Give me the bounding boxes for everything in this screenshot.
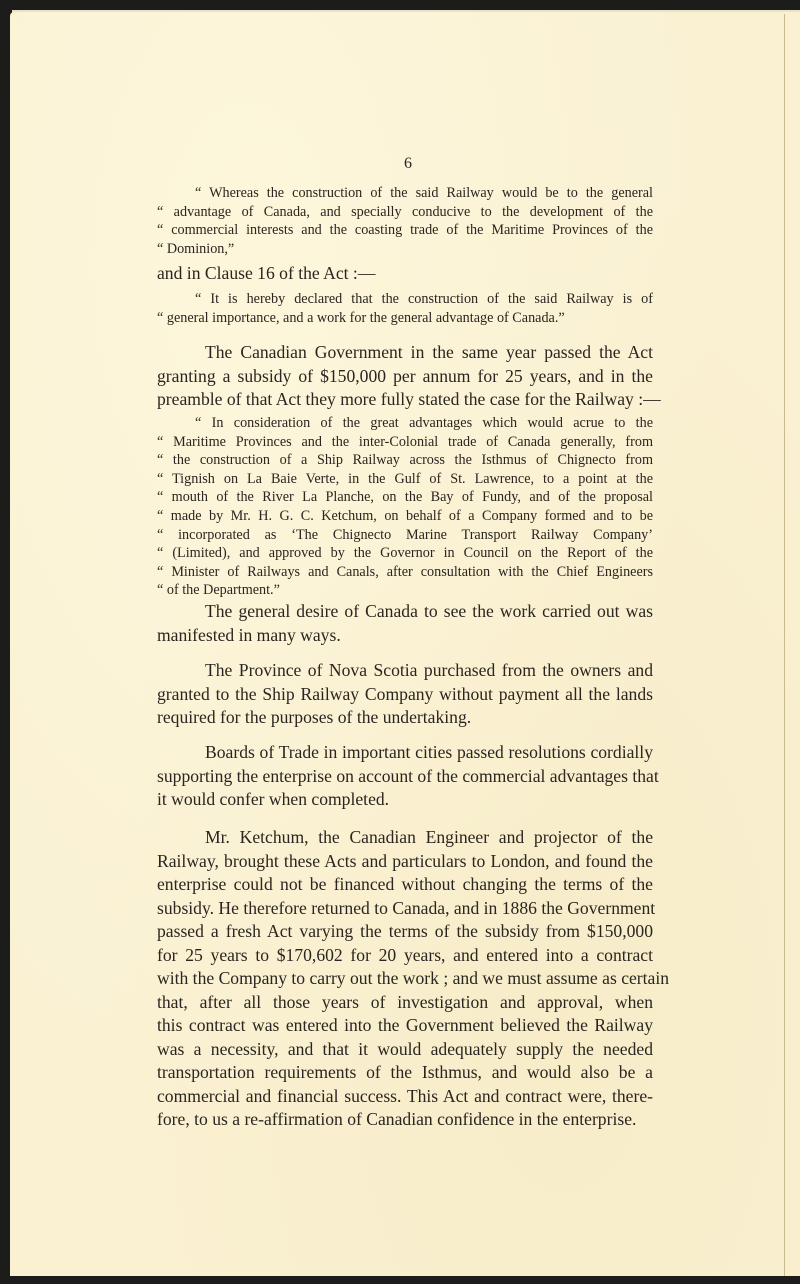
quote-line: “ (Limited), and approved by the Governo… xyxy=(157,544,653,563)
quote-line: “ advantage of Canada, and specially con… xyxy=(157,203,653,222)
paragraph-line: transportation requirements of the Isthm… xyxy=(157,1061,653,1085)
page-number: 6 xyxy=(398,155,418,173)
paragraph-line: commercial and financial success. This A… xyxy=(157,1085,653,1109)
paragraph-line: fore, to us a re-affirmation of Canadian… xyxy=(157,1108,653,1132)
quote-line: “ made by Mr. H. G. C. Ketchum, on behal… xyxy=(157,507,653,526)
paragraph-line: preamble of that Act they more fully sta… xyxy=(157,388,653,412)
page-fold-line xyxy=(784,14,785,1276)
quote-line: “ of the Department.” xyxy=(157,581,653,600)
quote-clause-16: “ It is hereby declared that the constru… xyxy=(157,290,653,327)
paragraph-line: it would confer when completed. xyxy=(157,788,653,812)
quote-line: “ incorporated as ‘The Chignecto Marine … xyxy=(157,526,653,545)
paragraph-line: manifested in many ways. xyxy=(157,624,653,648)
quote-line: “ the construction of a Ship Railway acr… xyxy=(157,451,653,470)
paragraph-line: and in Clause 16 of the Act :— xyxy=(157,262,653,286)
paragraph-line: this contract was entered into the Gover… xyxy=(157,1014,653,1038)
quote-line: “ In consideration of the great advantag… xyxy=(157,414,653,433)
paragraph-line: that, after all those years of investiga… xyxy=(157,991,653,1015)
quote-line: “ Whereas the construction of the said R… xyxy=(157,184,653,203)
quote-line: “ mouth of the River La Planche, on the … xyxy=(157,488,653,507)
paragraph-line: granted to the Ship Railway Company with… xyxy=(157,683,653,707)
quote-line: “ Maritime Provinces and the inter-Colon… xyxy=(157,433,653,452)
paragraph-line: Boards of Trade in important cities pass… xyxy=(157,741,653,765)
quote-line: “ Tignish on La Baie Verte, in the Gulf … xyxy=(157,470,653,489)
paragraph-line: was a necessity, and that it would adequ… xyxy=(157,1038,653,1062)
paragraph-ketchum: Mr. Ketchum, the Canadian Engineer and p… xyxy=(157,826,653,1132)
paragraph-line: passed a fresh Act varying the terms of … xyxy=(157,920,653,944)
paragraph-line: with the Company to carry out the work ;… xyxy=(157,967,653,991)
paragraph-line: required for the purposes of the underta… xyxy=(157,706,653,730)
clause-intro: and in Clause 16 of the Act :— xyxy=(157,262,653,286)
paragraph-boards-of-trade: Boards of Trade in important cities pass… xyxy=(157,741,653,812)
quote-line: “ commercial interests and the coasting … xyxy=(157,221,653,240)
quote-line: “ It is hereby declared that the constru… xyxy=(157,290,653,309)
paragraph-line: Railway, brought these Acts and particul… xyxy=(157,850,653,874)
scanned-page: 6 “ Whereas the construction of the said… xyxy=(0,0,800,1284)
quote-line: “ Dominion,” xyxy=(157,240,653,259)
quote-line: “ Minister of Railways and Canals, after… xyxy=(157,563,653,582)
paragraph-line: The general desire of Canada to see the … xyxy=(157,600,653,624)
paragraph-line: Mr. Ketchum, the Canadian Engineer and p… xyxy=(157,826,653,850)
quote-line: “ general importance, and a work for the… xyxy=(157,309,653,328)
paragraph-line: subsidy. He therefore returned to Canada… xyxy=(157,897,653,921)
paragraph-line: for 25 years to $170,602 for 20 years, a… xyxy=(157,944,653,968)
paragraph-line: supporting the enterprise on account of … xyxy=(157,765,653,789)
paragraph-line: granting a subsidy of $150,000 per annum… xyxy=(157,365,653,389)
paragraph-line: enterprise could not be financed without… xyxy=(157,873,653,897)
paragraph-nova-scotia: The Province of Nova Scotia purchased fr… xyxy=(157,659,653,730)
quote-preamble-subsidy-act: “ In consideration of the great advantag… xyxy=(157,414,653,600)
paragraph-general-desire: The general desire of Canada to see the … xyxy=(157,600,653,647)
paragraph-line: The Province of Nova Scotia purchased fr… xyxy=(157,659,653,683)
quote-preamble-1: “ Whereas the construction of the said R… xyxy=(157,184,653,258)
paragraph-subsidy: The Canadian Government in the same year… xyxy=(157,341,653,412)
paragraph-line: The Canadian Government in the same year… xyxy=(157,341,653,365)
